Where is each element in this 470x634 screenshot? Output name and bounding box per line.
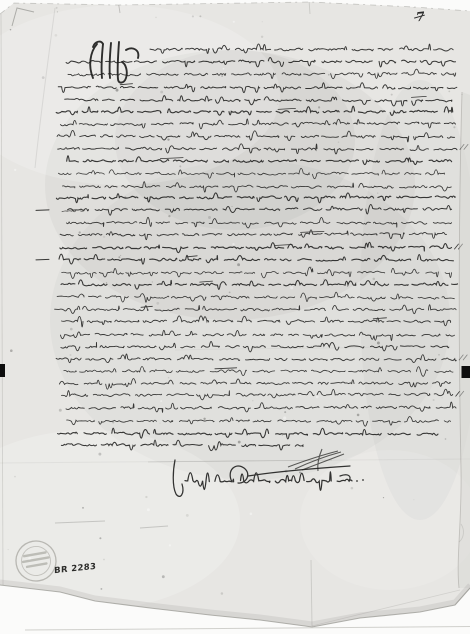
manuscript-scene: [0, 0, 470, 634]
film-registration-mark: [462, 366, 470, 378]
photograph: 7 BR 2283: [0, 0, 470, 634]
film-registration-mark: [0, 364, 5, 377]
margin-dash: [36, 259, 49, 260]
margin-dash: [36, 210, 49, 211]
page-number: 7: [415, 9, 425, 25]
paper-surface: [0, 0, 470, 626]
